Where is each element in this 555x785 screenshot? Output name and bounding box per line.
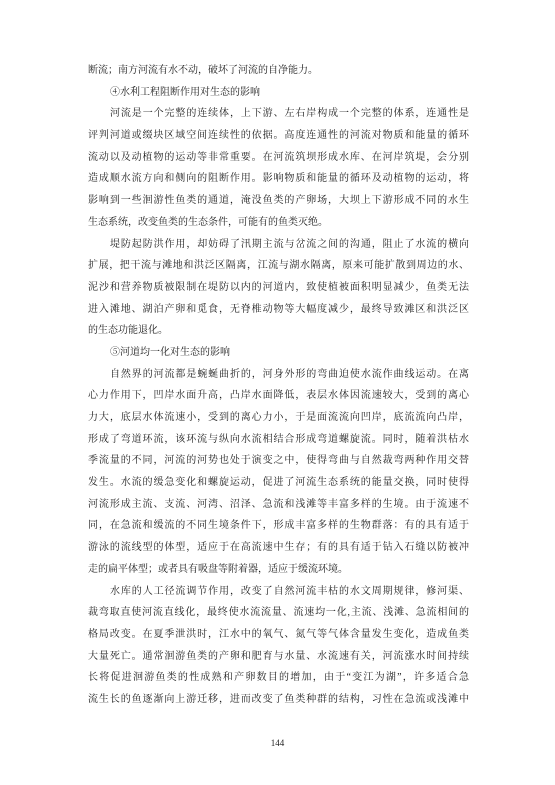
text-line: 造成顺水流方向和侧向的阻断作用。影响物质和能量的循环及动植物的运动，将 [88, 168, 469, 190]
text-line: 力大，底层水体流速小，受到的离心力小，于是面流流向凹岸，底流流向凸岸， [88, 407, 469, 429]
text-line: 进入滩地、湖泊产卵和觅食，无脊椎动物等大幅度减少，最终导致滩区和洪泛区 [88, 299, 469, 321]
text-line: 断流；南方河流有水不动，破坏了河流的自净能力。 [88, 60, 469, 82]
text-line: 水库的人工径流调节作用，改变了自然河流丰枯的水文周期规律，修河渠、 [88, 581, 469, 603]
page-number: 144 [0, 738, 555, 748]
text-line: 堤防起防洪作用，却妨碍了汛期主流与岔流之间的沟通，阻止了水流的横向 [88, 234, 469, 256]
text-line: 河流形成主流、支流、河湾、沼泽、急流和浅滩等丰富多样的生境。由于流速不 [88, 494, 469, 516]
text-line: 发生。水流的缓急变化和螺旋运动，促进了河流生态系统的能量交换，同时使得 [88, 472, 469, 494]
text-line: 季流量的不同，河流的河势也处于演变之中，使得弯曲与自然裁弯两种作用交替 [88, 450, 469, 472]
section-heading-5: ⑤河道均一化对生态的影响 [88, 342, 469, 364]
text-line: 河流是一个完整的连续体，上下游、左右岸构成一个完整的体系，连通性是 [88, 103, 469, 125]
text-line: 生态系统，改变鱼类的生态条件，可能有的鱼类灭绝。 [88, 212, 469, 234]
text-line: 长将促进洄游鱼类的性成熟和产卵数目的增加，由于“变江为湖”，许多适合急 [88, 667, 469, 689]
text-line: 格局改变。在夏季泄洪时，江水中的氧气、氮气等气体含量发生变化，造成鱼类 [88, 624, 469, 646]
text-line: 形成了弯道环流，该环流与纵向水流相结合形成弯道螺旋流。同时，随着洪枯水 [88, 429, 469, 451]
text-line: 影响到一些洄游性鱼类的通道，淹没鱼类的产卵场，大坝上下游形成不同的水生 [88, 190, 469, 212]
text-line: 裁弯取直使河流直线化，最终使水流流量、流速均一化,主流、浅滩、急流相间的 [88, 602, 469, 624]
text-line: 评判河道或缀块区域空间连续性的依据。高度连通性的河流对物质和能量的循环 [88, 125, 469, 147]
page-body-text: 断流；南方河流有水不动，破坏了河流的自净能力。 ④水利工程阻断作用对生态的影响 … [88, 60, 469, 711]
text-line: 游泳的流线型的体型，适应于在高流速中生存；有的具有适于钻入石缝以防被冲 [88, 537, 469, 559]
text-line: 流动以及动植物的运动等非常重要。在河流筑坝形成水库、在河岸筑堤，会分别 [88, 147, 469, 169]
text-line: 同，在急流和缓流的不同生境条件下，形成丰富多样的生物群落：有的具有适于 [88, 515, 469, 537]
text-line: 泥沙和营养物质被限制在堤防以内的河道内，致使植被面积明显减少，鱼类无法 [88, 277, 469, 299]
text-line: 大量死亡。通常洄游鱼类的产卵和肥育与水量、水流速有关，河流涨水时间持续 [88, 646, 469, 668]
text-line: 流生长的鱼逐渐向上游迁移，进而改变了鱼类种群的结构，习性在急流或浅滩中 [88, 689, 469, 711]
text-line: 自然界的河流都是蜿蜒曲折的，河身外形的弯曲迫使水流作曲线运动。在离 [88, 364, 469, 386]
text-line: 心力作用下，凹岸水面升高，凸岸水面降低，表层水体因流速较大，受到的离心 [88, 385, 469, 407]
section-heading-4: ④水利工程阻断作用对生态的影响 [88, 82, 469, 104]
document-page: 断流；南方河流有水不动，破坏了河流的自净能力。 ④水利工程阻断作用对生态的影响 … [0, 0, 555, 785]
text-line: 的生态功能退化。 [88, 320, 469, 342]
text-line: 走的扁平体型；或者具有吸盘等附着器，适应于缓流环境。 [88, 559, 469, 581]
text-line: 扩展，把干流与滩地和洪泛区隔离，江流与湖水隔离，原来可能扩散到周边的水、 [88, 255, 469, 277]
